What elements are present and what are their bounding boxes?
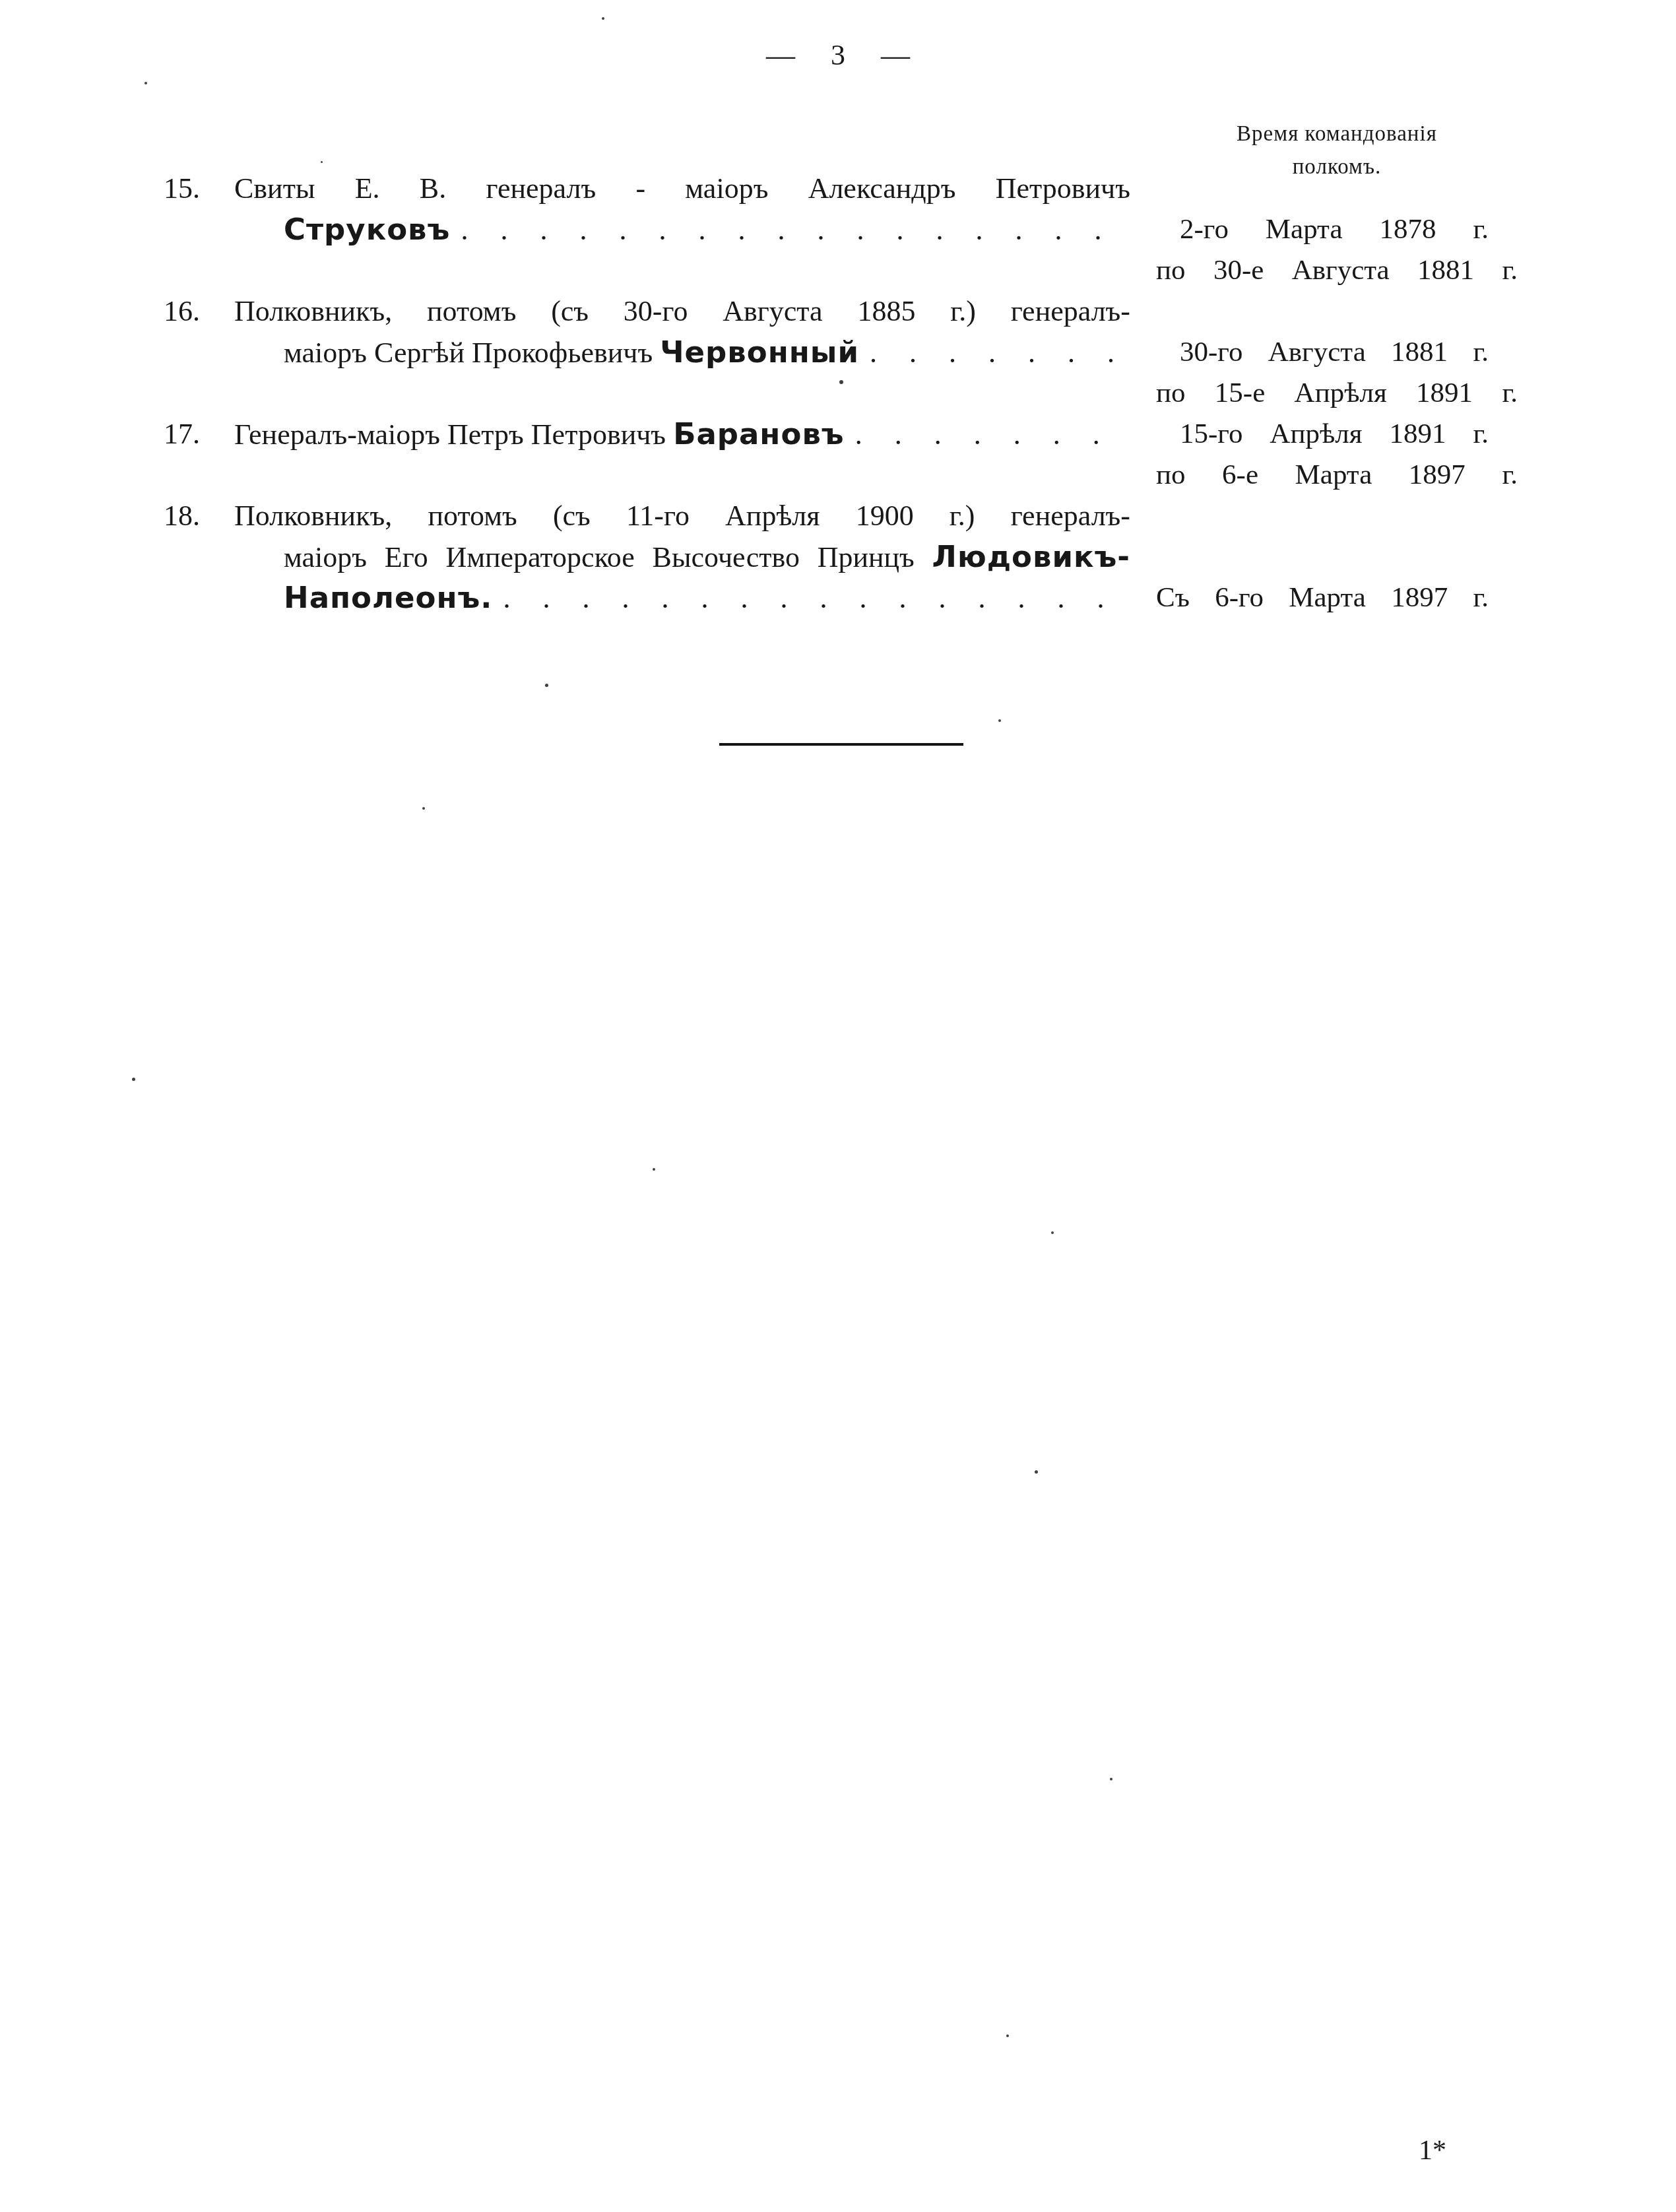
scan-speck — [653, 1168, 655, 1171]
entry-number — [164, 209, 234, 250]
entry-row: по 6-е Марта 1897 г. — [164, 455, 1518, 496]
command-date: 15-го Апрѣля 1891 г. — [1156, 414, 1518, 455]
entry-number: 17. — [164, 414, 234, 455]
entry-number — [164, 537, 234, 577]
entry-row: по 15-е Апрѣля 1891 г. — [164, 373, 1518, 414]
entry-number: 18. — [164, 496, 234, 537]
command-date — [1156, 537, 1518, 577]
entry-text-line: Генералъ-маіоръ Петръ Петровичъ Барановъ… — [234, 414, 1130, 455]
entry-number — [164, 455, 234, 496]
section-divider — [719, 743, 963, 746]
entry-text-line: Полковникъ, потомъ (съ 30-го Августа 188… — [234, 291, 1130, 332]
scan-speck — [1006, 2034, 1009, 2037]
command-date: 30-го Августа 1881 г. — [1156, 332, 1518, 373]
command-date — [1156, 496, 1518, 537]
entry-text: Свиты Е. В. генералъ - маіоръ Александръ… — [234, 172, 1130, 205]
entry-row: Наполеонъ.. . . . . . . . . . . . . . . … — [164, 577, 1518, 618]
entry-text: маіоръ Сергѣй Прокофьевичъ — [284, 333, 660, 374]
entry-text-line — [234, 373, 1130, 414]
scan-speck — [321, 161, 323, 163]
entry-row: 15.Свиты Е. В. генералъ - маіоръ Алексан… — [164, 168, 1518, 209]
scan-speck — [422, 807, 425, 810]
scanned-document-page: — 3 — Время командованія полкомъ. 15.Сви… — [0, 0, 1676, 2212]
command-date: по 15-е Апрѣля 1891 г. — [1156, 373, 1518, 414]
dot-leader: . . . . . . . . . . . . . . . . . . . . … — [845, 414, 1130, 455]
entry-text-line: Наполеонъ.. . . . . . . . . . . . . . . … — [234, 577, 1130, 618]
entry-text: Генералъ-маіоръ Петръ Петровичъ — [234, 414, 673, 455]
command-date: 2-го Марта 1878 г. — [1156, 209, 1518, 250]
commander-name: Наполеонъ. — [284, 577, 492, 618]
dot-leader: . . . . . . . . . . . . . . . . . . . . … — [492, 578, 1130, 619]
entry-number — [164, 332, 234, 373]
entry-number: 16. — [164, 291, 234, 332]
date-column-header-line1: Время командованія — [1156, 117, 1518, 150]
commander-name: Барановъ — [673, 414, 845, 455]
entry-text-line — [234, 455, 1130, 496]
scan-speck — [839, 380, 843, 384]
commanders-list: 15.Свиты Е. В. генералъ - маіоръ Алексан… — [164, 168, 1518, 618]
entry-text-line: маіоръ Сергѣй Прокофьевичъ Червонный. . … — [234, 332, 1130, 373]
entry-row: по 30-е Августа 1881 г. — [164, 250, 1518, 291]
entry-row: маіоръ Его Императорское Высочество Прин… — [164, 537, 1518, 577]
entry-row: 17.Генералъ-маіоръ Петръ Петровичъ Баран… — [164, 414, 1518, 455]
entry-text: Полковникъ, потомъ (съ 30-го Августа 188… — [234, 295, 1130, 327]
commander-name: Людовикъ- — [932, 539, 1130, 574]
scan-speck — [132, 1078, 135, 1081]
entry-row: 16.Полковникъ, потомъ (съ 30-го Августа … — [164, 291, 1518, 332]
page-header: — 3 — — [0, 41, 1676, 70]
command-date: по 30-е Августа 1881 г. — [1156, 250, 1518, 291]
commander-name: Червонный — [660, 332, 859, 373]
command-date: по 6-е Марта 1897 г. — [1156, 455, 1518, 496]
entry-row: Струковъ. . . . . . . . . . . . . . . . … — [164, 209, 1518, 250]
entry-number — [164, 373, 234, 414]
page-number-right-dash: — — [881, 41, 910, 70]
entry-row: маіоръ Сергѣй Прокофьевичъ Червонный. . … — [164, 332, 1518, 373]
scan-speck — [998, 719, 1001, 722]
entry-row: 18.Полковникъ, потомъ (съ 11-го Апрѣля 1… — [164, 496, 1518, 537]
page-number: 3 — [831, 41, 845, 70]
scan-speck — [545, 684, 548, 687]
commander-name: Струковъ — [284, 209, 450, 250]
scan-speck — [145, 82, 147, 84]
entry-text-line: маіоръ Его Императорское Высочество Прин… — [234, 537, 1130, 577]
scan-speck — [602, 17, 604, 20]
entry-number: 15. — [164, 168, 234, 209]
dot-leader: . . . . . . . . . . . . . . . . . . . . … — [450, 210, 1130, 251]
entry-text-line — [234, 250, 1130, 291]
command-date — [1156, 168, 1518, 209]
scan-speck — [1051, 1231, 1054, 1234]
entry-text: Полковникъ, потомъ (съ 11-го Апрѣля 1900… — [234, 500, 1130, 532]
signature-mark: 1* — [1419, 2137, 1446, 2164]
entry-text: маіоръ Его Императорское Высочество Прин… — [284, 541, 932, 573]
command-date — [1156, 291, 1518, 332]
entry-text-line: Полковникъ, потомъ (съ 11-го Апрѣля 1900… — [234, 496, 1130, 537]
command-date: Съ 6-го Марта 1897 г. — [1156, 577, 1518, 618]
entry-text-line: Струковъ. . . . . . . . . . . . . . . . … — [234, 209, 1130, 250]
entry-number — [164, 577, 234, 618]
entry-text-line: Свиты Е. В. генералъ - маіоръ Александръ… — [234, 168, 1130, 209]
dot-leader: . . . . . . . . . . . . . . . . . . . . … — [859, 333, 1130, 374]
scan-speck — [1035, 1470, 1038, 1474]
entry-number — [164, 250, 234, 291]
scan-speck — [1110, 1778, 1112, 1780]
page-number-left-dash: — — [766, 41, 795, 70]
